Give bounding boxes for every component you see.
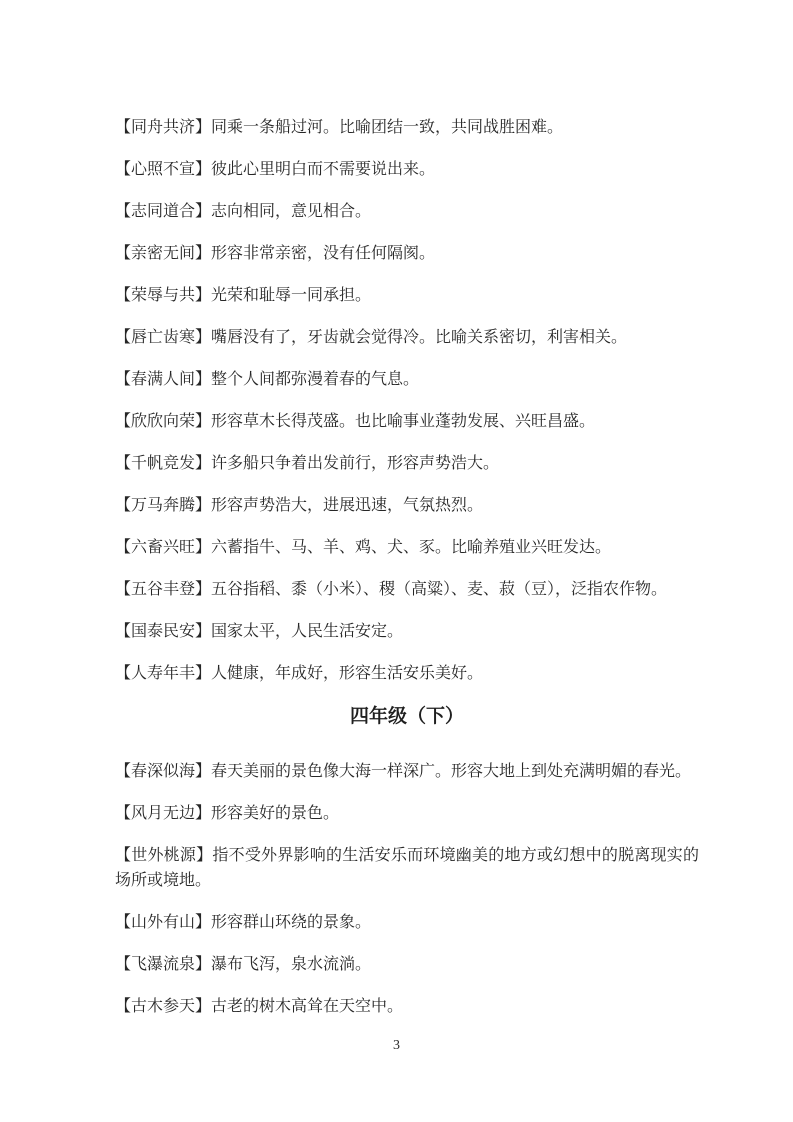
section-heading: 四年级（下） — [115, 703, 699, 731]
idiom-definition: 同乘一条船过河。比喻团结一致，共同战胜困难。 — [211, 119, 563, 136]
idiom-term: 【六畜兴旺】 — [115, 539, 211, 556]
idiom-entry: 【心照不宣】彼此心里明白而不需要说出来。 — [115, 157, 699, 182]
idiom-term: 【志同道合】 — [115, 203, 211, 220]
idiom-entry: 【同舟共济】同乘一条船过河。比喻团结一致，共同战胜困难。 — [115, 115, 699, 140]
idiom-term: 【千帆竞发】 — [115, 455, 211, 472]
idiom-definition: 志向相同，意见相合。 — [211, 203, 371, 220]
idiom-entry: 【世外桃源】指不受外界影响的生活安乐而环境幽美的地方或幻想中的脱离现实的场所或境… — [115, 843, 699, 893]
idiom-entry: 【唇亡齿寒】嘴唇没有了，牙齿就会觉得冷。比喻关系密切，利害相关。 — [115, 325, 699, 350]
idiom-definition: 形容声势浩大，进展迅速，气氛热烈。 — [211, 497, 483, 514]
idiom-definition: 国家太平，人民生活安定。 — [211, 623, 403, 640]
idiom-entry: 【六畜兴旺】六蓄指牛、马、羊、鸡、犬、豕。比喻养殖业兴旺发达。 — [115, 535, 699, 560]
idiom-entry: 【山外有山】形容群山环绕的景象。 — [115, 910, 699, 935]
idiom-entry: 【亲密无间】形容非常亲密，没有任何隔阂。 — [115, 241, 699, 266]
idiom-term: 【欣欣向荣】 — [115, 413, 211, 430]
idiom-definition: 整个人间都弥漫着春的气息。 — [211, 371, 419, 388]
idiom-definition: 春天美丽的景色像大海一样深广。形容大地上到处充满明媚的春光。 — [211, 763, 691, 780]
idiom-entry: 【古木参天】古老的树木高耸在天空中。 — [115, 994, 699, 1019]
idiom-entry: 【风月无边】形容美好的景色。 — [115, 801, 699, 826]
idiom-definition: 光荣和耻辱一同承担。 — [211, 287, 371, 304]
idiom-definition: 六蓄指牛、马、羊、鸡、犬、豕。比喻养殖业兴旺发达。 — [211, 539, 611, 556]
idiom-definition: 五谷指稻、黍（小米）、稷（高粱）、麦、菽（豆），泛指农作物。 — [211, 581, 667, 598]
idiom-term: 【古木参天】 — [115, 998, 211, 1015]
idiom-definition: 形容群山环绕的景象。 — [211, 914, 371, 931]
idiom-definition: 形容非常亲密，没有任何隔阂。 — [211, 245, 435, 262]
idiom-term: 【唇亡齿寒】 — [115, 329, 211, 346]
idiom-entry: 【万马奔腾】形容声势浩大，进展迅速，气氛热烈。 — [115, 493, 699, 518]
idiom-term: 【万马奔腾】 — [115, 497, 211, 514]
idiom-entry: 【飞瀑流泉】瀑布飞泻，泉水流淌。 — [115, 952, 699, 977]
idiom-entry: 【春深似海】春天美丽的景色像大海一样深广。形容大地上到处充满明媚的春光。 — [115, 759, 699, 784]
idiom-entry: 【志同道合】志向相同，意见相合。 — [115, 199, 699, 224]
idiom-entry: 【五谷丰登】五谷指稻、黍（小米）、稷（高粱）、麦、菽（豆），泛指农作物。 — [115, 577, 699, 602]
idiom-term: 【山外有山】 — [115, 914, 211, 931]
idiom-term: 【五谷丰登】 — [115, 581, 211, 598]
idiom-term: 【飞瀑流泉】 — [115, 956, 211, 973]
idiom-definition: 许多船只争着出发前行，形容声势浩大。 — [211, 455, 499, 472]
idiom-entry: 【欣欣向荣】形容草木长得茂盛。也比喻事业蓬勃发展、兴旺昌盛。 — [115, 409, 699, 434]
idiom-term: 【世外桃源】 — [115, 847, 212, 864]
idiom-term: 【荣辱与共】 — [115, 287, 211, 304]
idiom-definition: 形容草木长得茂盛。也比喻事业蓬勃发展、兴旺昌盛。 — [211, 413, 595, 430]
idiom-term: 【亲密无间】 — [115, 245, 211, 262]
idiom-term: 【同舟共济】 — [115, 119, 211, 136]
page-number: 3 — [0, 1038, 793, 1054]
idiom-entry: 【春满人间】整个人间都弥漫着春的气息。 — [115, 367, 699, 392]
idiom-term: 【春满人间】 — [115, 371, 211, 388]
document-page: 【同舟共济】同乘一条船过河。比喻团结一致，共同战胜困难。 【心照不宣】彼此心里明… — [0, 0, 793, 1122]
idiom-entry: 【荣辱与共】光荣和耻辱一同承担。 — [115, 283, 699, 308]
idiom-term: 【人寿年丰】 — [115, 665, 211, 682]
idiom-entry: 【人寿年丰】人健康，年成好，形容生活安乐美好。 — [115, 661, 699, 686]
idiom-definition: 嘴唇没有了，牙齿就会觉得冷。比喻关系密切，利害相关。 — [211, 329, 627, 346]
idiom-definition: 形容美好的景色。 — [211, 805, 339, 822]
idiom-term: 【心照不宣】 — [115, 161, 211, 178]
idiom-definition: 彼此心里明白而不需要说出来。 — [211, 161, 435, 178]
idiom-term: 【春深似海】 — [115, 763, 211, 780]
idiom-term: 【风月无边】 — [115, 805, 211, 822]
idiom-definition: 瀑布飞泻，泉水流淌。 — [211, 956, 371, 973]
idiom-entry: 【国泰民安】国家太平，人民生活安定。 — [115, 619, 699, 644]
idiom-entry: 【千帆竞发】许多船只争着出发前行，形容声势浩大。 — [115, 451, 699, 476]
idiom-definition: 古老的树木高耸在天空中。 — [211, 998, 403, 1015]
page-content: 【同舟共济】同乘一条船过河。比喻团结一致，共同战胜困难。 【心照不宣】彼此心里明… — [115, 115, 699, 1036]
idiom-term: 【国泰民安】 — [115, 623, 211, 640]
idiom-definition: 人健康，年成好，形容生活安乐美好。 — [211, 665, 483, 682]
